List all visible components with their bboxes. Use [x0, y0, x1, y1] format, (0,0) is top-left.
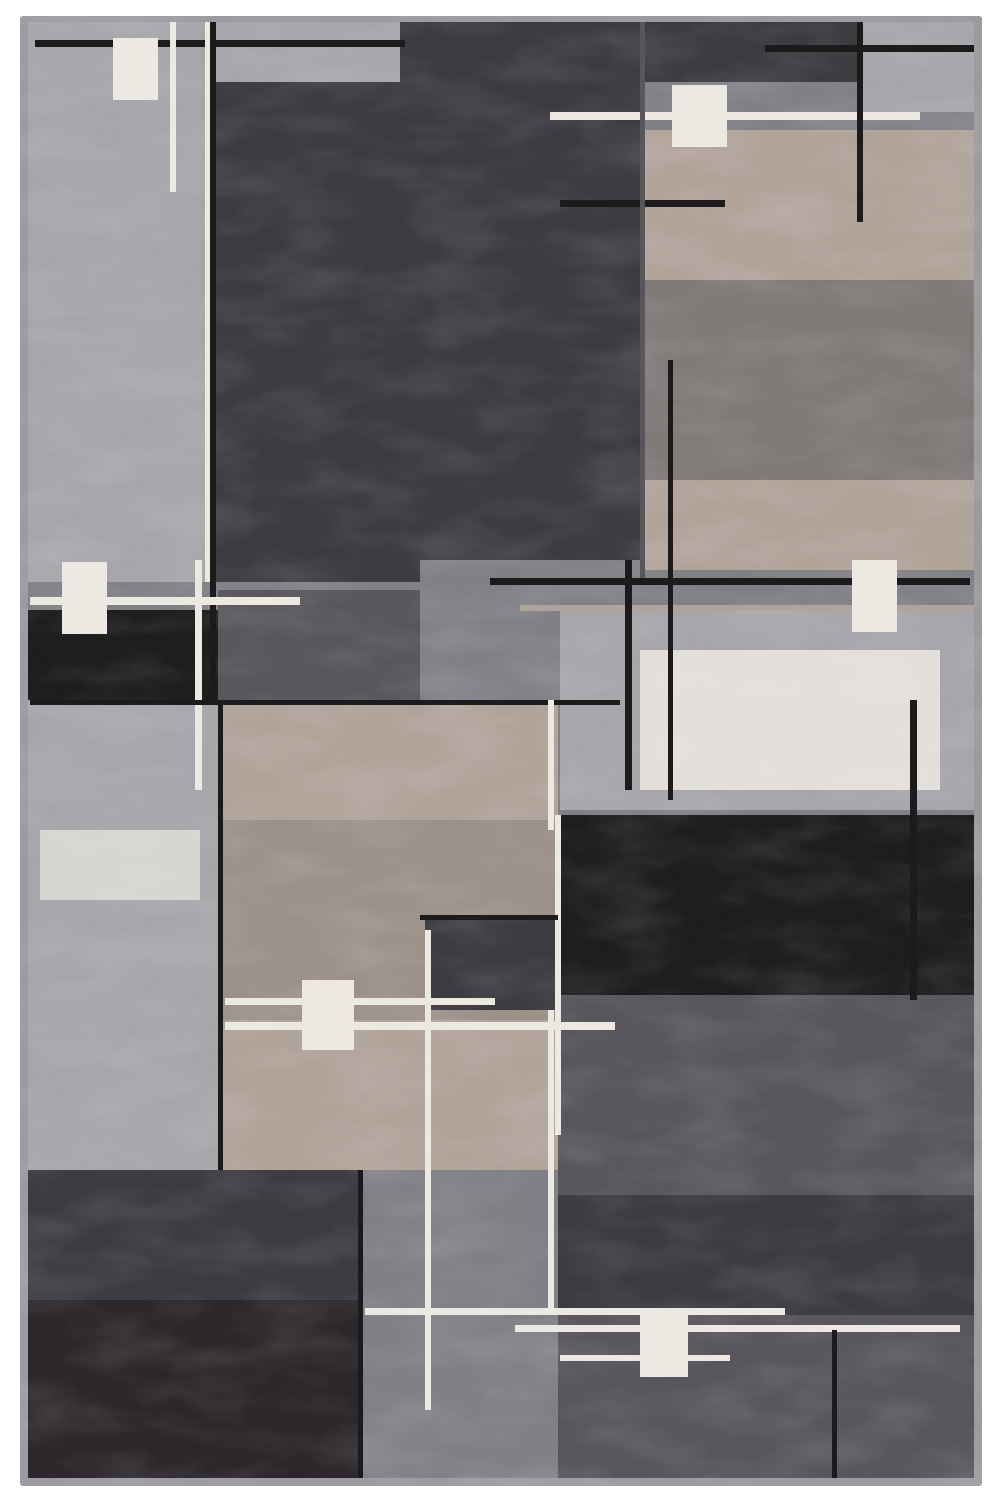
rug-photo — [0, 0, 1000, 1500]
rug — [20, 16, 982, 1486]
